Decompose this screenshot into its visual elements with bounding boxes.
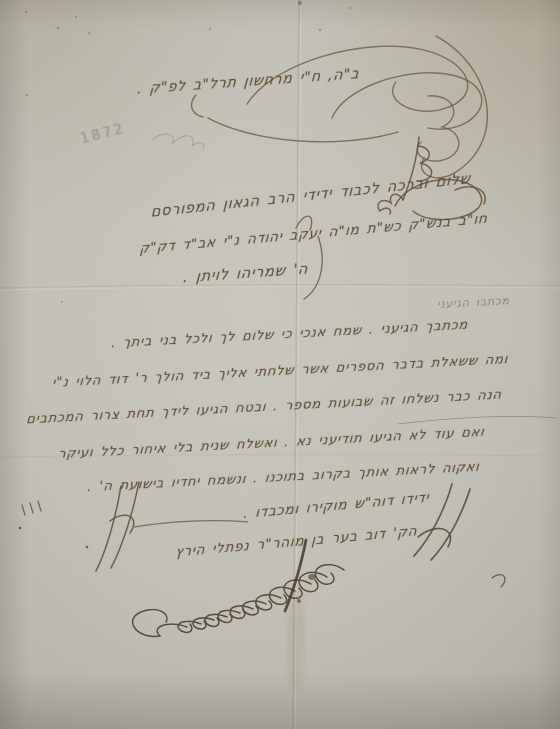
letter-photo: ב"ה, ח"י מרחשון תרל"ב לפ"ק . 1872 שלום ו… bbox=[0, 0, 560, 729]
